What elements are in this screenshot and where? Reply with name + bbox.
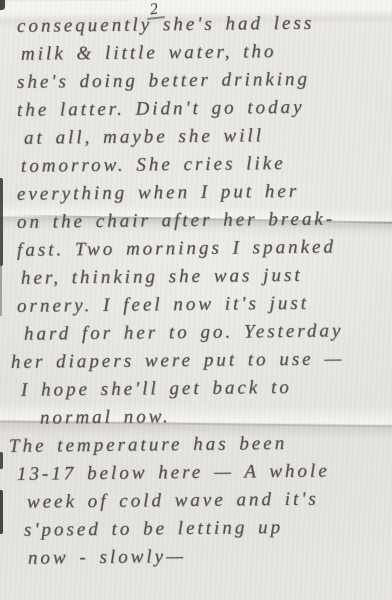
letter-line: she's doing better drinking bbox=[0, 65, 392, 97]
letter-line: The temperature has been bbox=[0, 429, 392, 461]
letter-line: fast. Two mornings I spanked bbox=[0, 233, 392, 265]
letter-line: milk & little water, tho bbox=[0, 37, 392, 69]
letter-line: hard for her to go. Yesterday bbox=[0, 317, 392, 349]
letter-line: s'posed to be letting up bbox=[0, 513, 392, 545]
letter-line: now - slowly— bbox=[0, 541, 392, 573]
letter-line: on the chair after her break- bbox=[0, 205, 392, 237]
letter-line: week of cold wave and it's bbox=[0, 485, 392, 517]
handwritten-letter-page: 2 consequently she's had less milk & lit… bbox=[0, 0, 392, 600]
letter-line: I hope she'll get back to bbox=[0, 373, 392, 405]
letter-line: her diapers were put to use — bbox=[0, 345, 392, 377]
letter-line: everything when I put her bbox=[0, 177, 392, 209]
letter-line: at all, maybe she will bbox=[0, 121, 392, 153]
letter-line: tomorrow. She cries like bbox=[0, 149, 392, 181]
letter-body: consequently she's had less milk & littl… bbox=[0, 13, 392, 573]
letter-line: ornery. I feel now it's just bbox=[0, 289, 392, 321]
scan-edge-mark bbox=[0, 0, 5, 10]
letter-line: the latter. Didn't go today bbox=[0, 93, 392, 125]
letter-line: normal now. bbox=[0, 401, 392, 433]
letter-line: consequently she's had less bbox=[0, 9, 392, 41]
letter-line: her, thinking she was just bbox=[0, 261, 392, 293]
letter-line: 13-17 below here — A whole bbox=[0, 457, 392, 489]
